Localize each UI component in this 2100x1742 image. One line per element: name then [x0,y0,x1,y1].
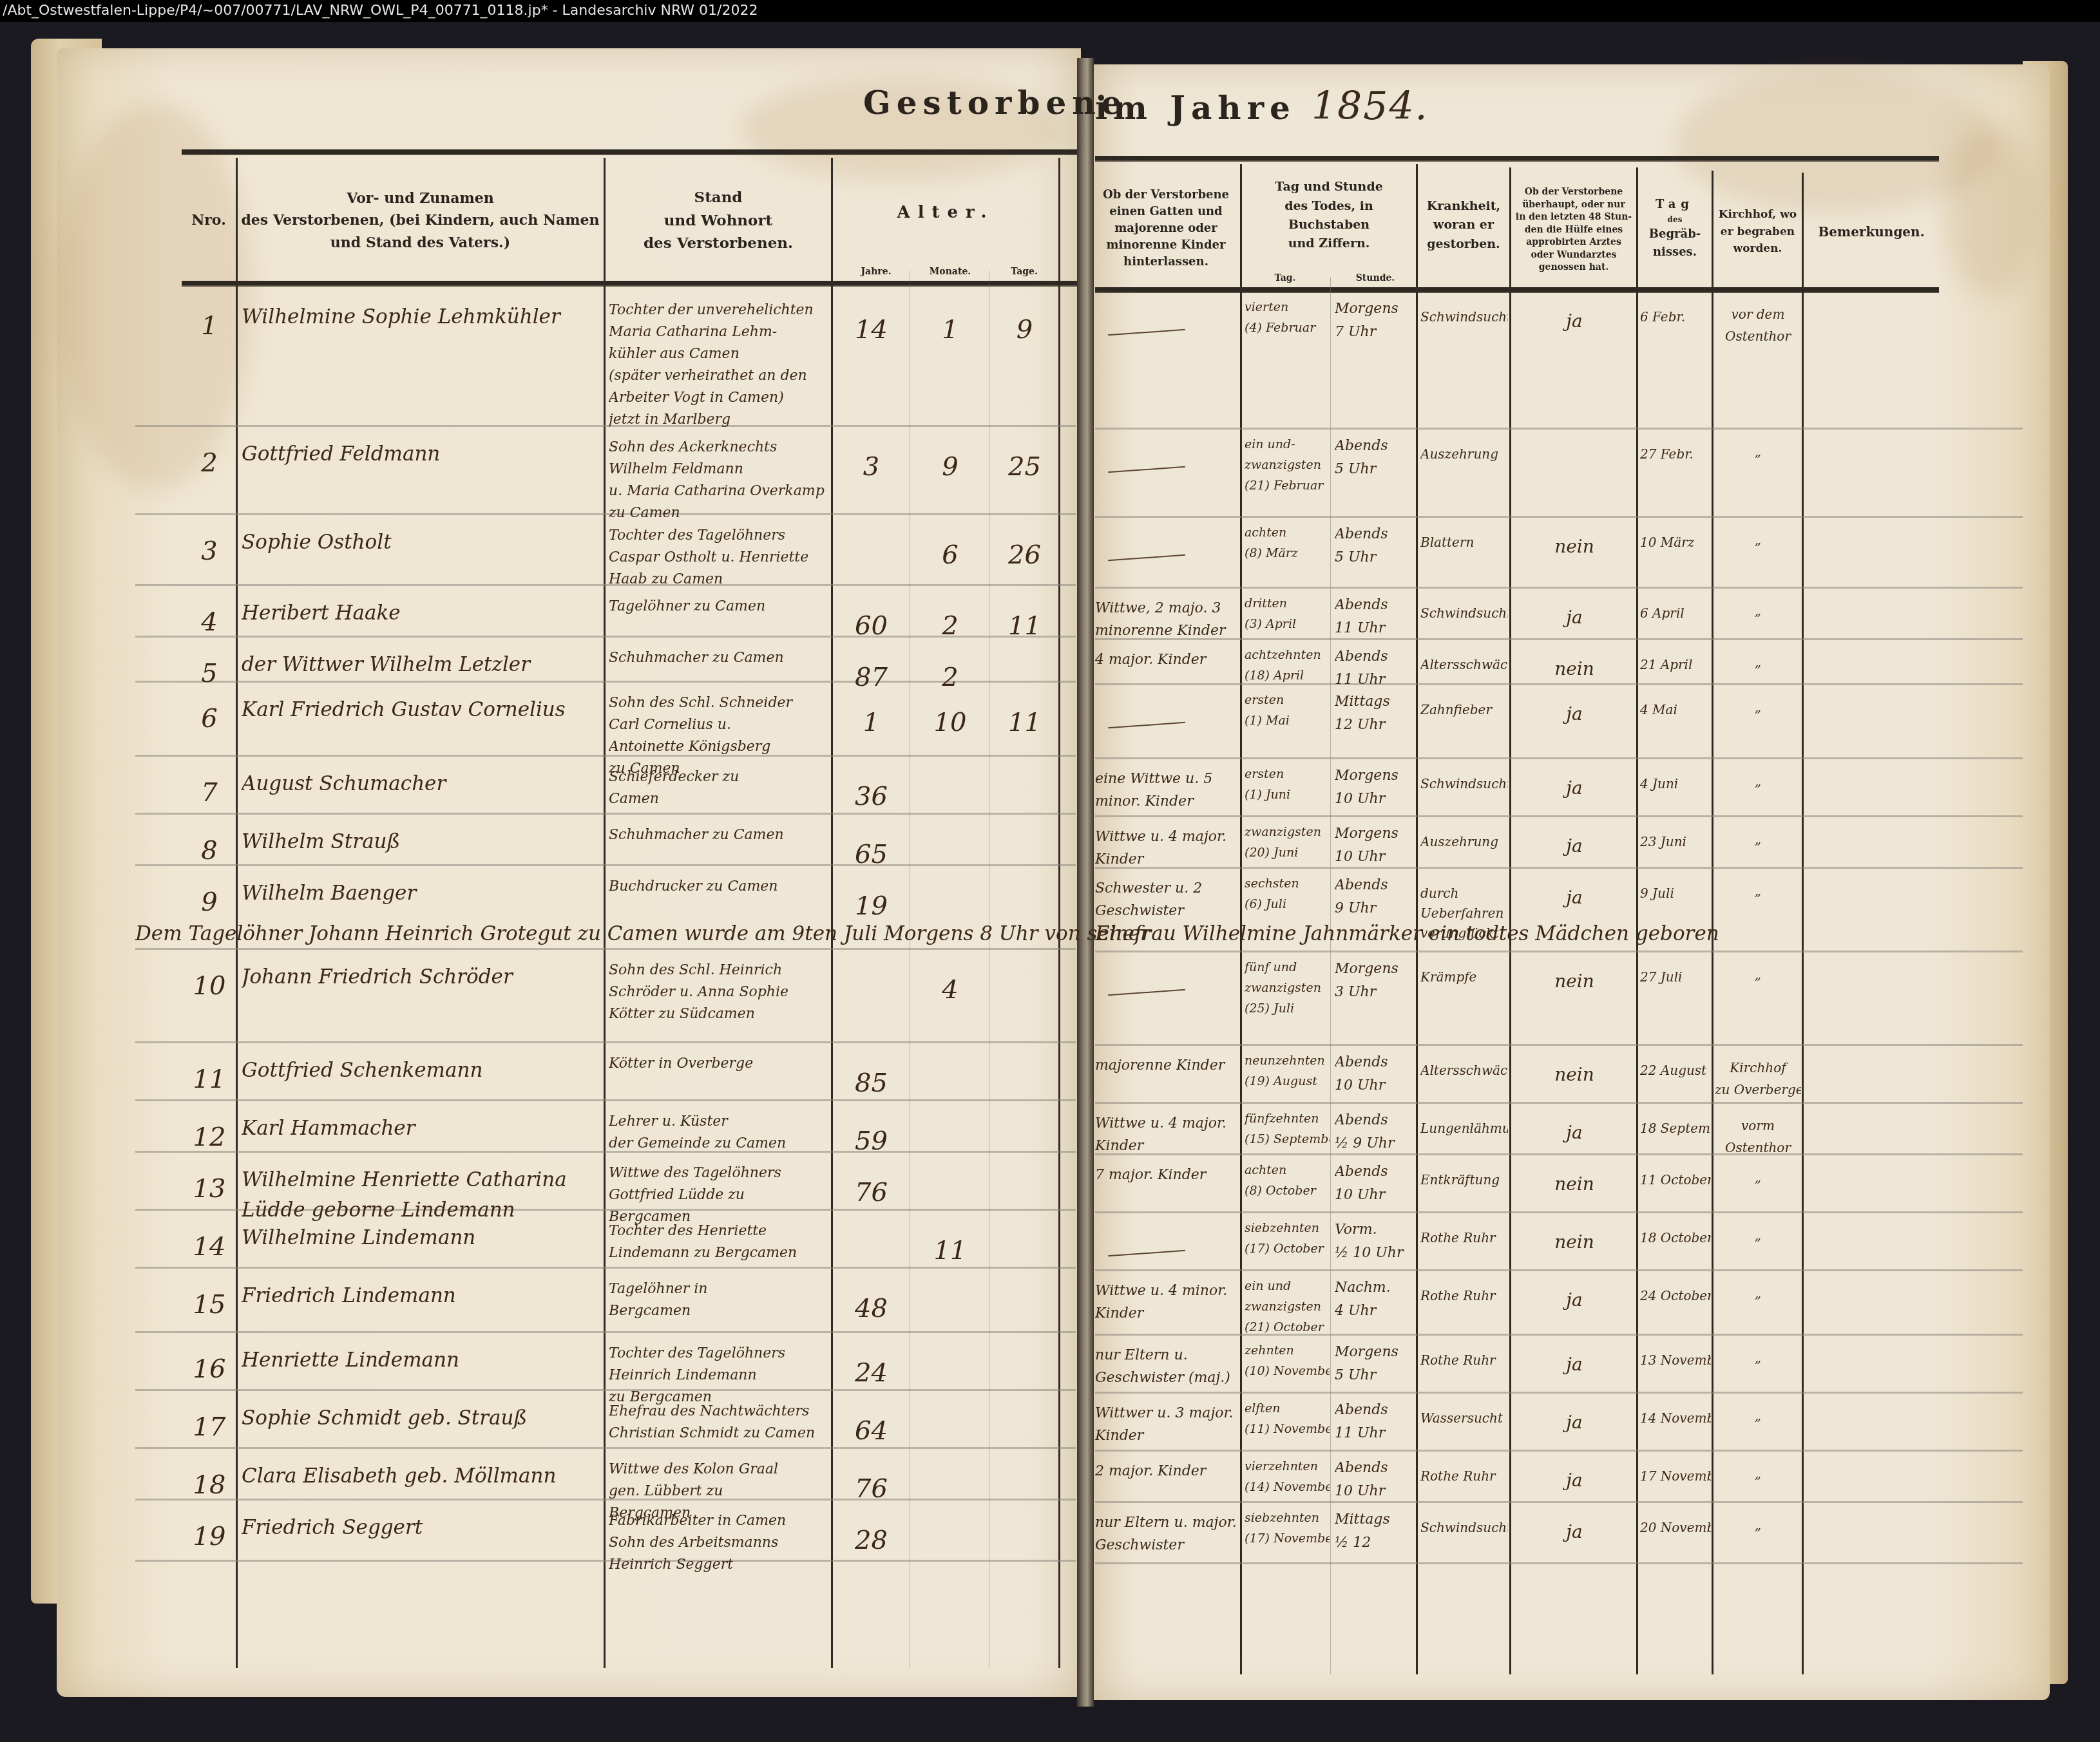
header-line: in den letzten 48 Stun- [1516,211,1632,224]
row-divider [135,1499,1076,1501]
entry-kirchhof-line: „ [1715,965,1801,985]
entry-stand-line: u. Maria Catharina Overkamp [609,480,831,502]
row-divider [135,864,1076,866]
entry-stand-line: Maria Catharina Lehm- [609,321,831,343]
col-divider-thin [910,270,910,1668]
row-divider [1095,1562,2023,1564]
entry-death-day-line: elften [1245,1399,1330,1418]
entry-death-day-line: (6) Juli [1245,895,1330,914]
entry-arzt: ja [1514,1352,1635,1378]
header-alter: Alter. [833,193,1058,232]
row-divider [135,1151,1076,1153]
entry-number: 10 [187,967,232,1005]
row-divider [135,1099,1076,1101]
entry-begraebnis: 18 October [1640,1228,1711,1248]
entry-stand-line: zu Camen [609,502,831,524]
entry-number: 2 [187,444,232,482]
header-line: einen Gatten und [1109,204,1222,220]
col-divider-thin [1330,277,1331,1674]
entry-arzt: ja [1514,1120,1635,1146]
entry-name: Gottfried Schenkemann [242,1056,602,1086]
entry-death-hour-line: 10 Uhr [1335,1075,1415,1097]
entry-stand-line: Tagelöhner in [609,1278,831,1300]
entry-death-hour-line: Mittags [1335,1509,1415,1531]
header-line: Ob der Verstorbene [1525,186,1623,199]
entry-begraebnis: 14 November [1640,1408,1711,1428]
entry-death-day-line: (25) Juli [1245,999,1330,1018]
entry-death-hour-line: 11 Uhr [1335,618,1415,639]
entry-stand-line: Camen [609,788,831,810]
window-title: /Abt_Ostwestfalen-Lippe/P4/~007/00771/LA… [0,0,2100,22]
entry-kirchhof-line: „ [1715,1464,1801,1484]
header-line: den die Hülfe eines [1525,224,1623,237]
entry-name: Clara Elisabeth geb. Möllmann [242,1461,602,1491]
entry-number: 8 [187,832,232,869]
header-nro: Nro. [182,161,236,280]
entry-death-hour-line: Morgens [1335,298,1415,320]
header-line: des [1668,214,1683,226]
entry-begraebnis: 22 August [1640,1061,1711,1081]
entry-krankheit: Schwindsucht [1420,307,1508,327]
entry-stand-line: Haab zu Camen [609,569,831,591]
entry-stand-line: Tochter der unverehelichten [609,299,831,321]
entry-begraebnis: 10 März [1640,533,1711,553]
row-divider [135,1041,1076,1043]
entry-stand-line: Lehrer u. Küster [609,1111,831,1133]
entry-age-months: 2 [912,607,989,645]
entry-death-day-line: (3) April [1245,615,1330,634]
col-divider [236,158,238,1668]
entry-krankheit: Altersschwäche [1420,1061,1508,1081]
entry-hinterlassen: Wittwe u. 4 major. Kinder [1095,1112,1238,1157]
entry-kirchhof-line: „ [1715,442,1801,462]
entry-number: 3 [187,533,232,570]
header-line: woran er [1433,216,1494,234]
entry-krankheit: Lungenlähmung [1420,1119,1508,1139]
row-divider [1095,757,2023,759]
entry-kirchhof-line: „ [1715,829,1801,849]
entry-death-hour-line: 11 Uhr [1335,669,1415,691]
entry-arzt: ja [1514,833,1635,860]
header-name-line: Vor- und Zunamen [347,187,494,209]
row-divider [1095,815,2023,817]
header-begraebnis: Tag des Begräb- nisses. [1638,180,1712,277]
entry-arzt: ja [1514,1468,1635,1494]
entry-name: Wilhelm Strauß [242,827,602,857]
entry-kirchhof-line: Ostenthor [1715,327,1801,346]
row-divider [1095,1450,2023,1452]
header-line: approbirten Arztes [1526,236,1621,249]
entry-age-years: 1 [834,704,908,741]
entry-stand-line: Caspar Ostholt u. Henriette [609,547,831,569]
entry-stand-line: Tochter des Tagelöhners [609,1343,831,1365]
entry-number: 9 [187,884,232,921]
entry-hinterlassen: Schwester u. 2 Geschwister [1095,877,1238,922]
entry-age-years: 60 [834,607,908,645]
entry-death-day-line: zwanzigsten [1245,979,1330,998]
entry-stand-line: Carl Cornelius u. [609,714,831,736]
entry-arzt: nein [1514,656,1635,683]
row-divider [1095,1501,2023,1503]
row-divider [1095,428,2023,430]
entry-death-day-line: zwanzigsten [1245,1298,1330,1316]
entry-number: 6 [187,700,232,737]
entry-age-months: 6 [912,536,989,574]
entry-begraebnis: 4 Mai [1640,700,1711,720]
entry-stand-line: Tochter des Tagelöhners [609,525,831,547]
entry-stand-line: jetzt in Marlberg [609,409,831,431]
entry-death-hour-line: Abends [1335,875,1415,896]
header-alter-tage: Tage. [998,267,1050,277]
entry-age-years: 59 [834,1122,908,1160]
entry-age-months: 11 [912,1232,989,1269]
entry-name: Wilhelmine Lindemann [242,1223,602,1253]
entry-death-day-line: sechsten [1245,875,1330,893]
entry-death-day-line: (20) Juni [1245,844,1330,862]
entry-death-hour-line: 4 Uhr [1335,1300,1415,1322]
entry-death-hour-line: Abends [1335,1110,1415,1131]
entry-death-hour-line: Morgens [1335,765,1415,787]
entry-krankheit: Schwindsucht [1420,603,1508,623]
header-bottom-rule-right [1095,287,1939,293]
entry-begraebnis: 17 November [1640,1466,1711,1486]
row-divider [1095,1334,2023,1336]
header-top-rule-right [1095,156,1939,162]
entry-death-day-line: zehnten [1245,1341,1330,1360]
entry-death-day-line: (8) März [1245,544,1330,563]
entry-death-day-line: (1) Mai [1245,712,1330,730]
row-divider [135,584,1076,586]
entry-kirchhof-line: „ [1715,1406,1801,1426]
header-line: Kirchhof, wo [1719,206,1797,223]
entry-krankheit: Schwindsucht [1420,1518,1508,1538]
entry-name: Wilhelm Baenger [242,878,602,909]
entry-number: 1 [187,307,232,345]
entry-arzt: ja [1514,885,1635,911]
header-arzt: Ob der Verstorbene überhaupt, oder nur i… [1511,174,1636,287]
entry-stand-line: Gottfried Lüdde zu [609,1184,831,1206]
entry-kirchhof-line: „ [1715,1226,1801,1245]
header-line: und Ziffern. [1288,234,1370,253]
entry-stand-line: Tochter des Henriette [609,1220,831,1242]
insert-note-right: Ehefrau Wilhelmine Jahnmärker ein todtes… [1095,922,1719,945]
entry-begraebnis: 24 October [1640,1286,1711,1306]
entry-age-months: 10 [912,704,989,741]
entry-stand-line: Lindemann zu Bergcamen [609,1242,831,1264]
entry-death-day-line: ersten [1245,691,1330,710]
entry-krankheit: Auszehrung [1420,832,1508,852]
entry-death-day-line: achten [1245,524,1330,542]
row-divider [1095,1269,2023,1271]
entry-kirchhof-line: „ [1715,1348,1801,1368]
col-divider [1416,164,1418,1674]
entry-hinterlassen: Wittwe, 2 majo. 3 minorenne Kinder [1095,597,1238,642]
header-name: Vor- und Zunamen des Verstorbenen, (bei … [238,164,602,277]
entry-begraebnis: 13 November [1640,1350,1711,1370]
header-line: Ob der Verstorbene [1103,187,1229,204]
col-divider [831,158,833,1668]
header-tod-tag: Tag. [1263,273,1308,283]
entry-death-hour-line: Vorm. [1335,1219,1415,1241]
entry-death-day-line: ein und [1245,1277,1330,1296]
entry-death-day-line: dritten [1245,594,1330,613]
header-stand: Stand und Wohnort des Verstorbenen. [606,164,831,277]
entry-hinterlassen: Wittwer u. 3 major. Kinder [1095,1402,1238,1447]
entry-number: 16 [187,1350,232,1388]
entry-death-hour-line: Abends [1335,524,1415,545]
water-stain [1945,129,2036,296]
entry-death-hour-line: 12 Uhr [1335,714,1415,736]
entry-death-day-line: (11) November [1245,1420,1330,1439]
entry-begraebnis: 23 Juni [1640,832,1711,852]
entry-death-hour-line: Abends [1335,594,1415,616]
entry-death-day-line: achtzehnten [1245,646,1330,665]
entry-age-years: 64 [834,1412,908,1450]
col-divider [1509,167,1511,1674]
col-divider [1636,167,1638,1674]
header-line: genossen hat. [1539,261,1609,274]
entry-name: Wilhelmine Henriette Catharina Lüdde geb… [242,1165,602,1225]
entry-death-hour-line: 10 Uhr [1335,846,1415,868]
entry-death-day-line: (14) November [1245,1478,1330,1497]
entry-death-day-line: zwanzigsten [1245,456,1330,475]
entry-age-years: 76 [834,1470,908,1508]
entry-arzt: ja [1514,775,1635,802]
entry-death-hour-line: Morgens [1335,823,1415,845]
entry-stand-line: Arbeiter Vogt in Camen) [609,387,831,409]
entry-death-day-line: achten [1245,1161,1330,1180]
entry-begraebnis: 21 April [1640,655,1711,675]
row-divider [135,948,1076,950]
entry-krankheit: Schwindsucht [1420,774,1508,794]
row-divider [135,425,1076,427]
entry-stand-line: Ehefrau des Nachtwächters [609,1401,831,1423]
header-tod: Tag und Stunde des Todes, in Buchstaben … [1242,171,1416,261]
entry-arzt: nein [1514,1171,1635,1198]
entry-kirchhof-line: „ [1715,881,1801,901]
entry-death-day-line: siebzehnten [1245,1509,1330,1528]
entry-age-years: 87 [834,659,908,696]
header-line: Krankheit, [1427,197,1500,216]
entry-age-years: 76 [834,1174,908,1211]
entry-stand-line: Schuhmacher zu Camen [609,824,831,846]
entry-death-day-line: (21) Februar [1245,477,1330,495]
entry-death-day-line: vierzehnten [1245,1457,1330,1476]
entry-stand-line: der Gemeinde zu Camen [609,1133,831,1155]
header-line: Tag und Stunde [1275,178,1383,196]
entry-age-days: 11 [991,704,1058,741]
entry-kirchhof-line: „ [1715,652,1801,672]
row-divider [135,1389,1076,1391]
register-heading-right: im Jahre1854. [1095,84,1429,129]
row-divider [1095,1102,2023,1104]
entry-death-day-line: ersten [1245,765,1330,784]
entry-stand-line: Fabrikarbeiter in Camen [609,1510,831,1532]
row-divider [135,755,1076,757]
entry-age-days: 26 [991,536,1058,574]
entry-number: 15 [187,1286,232,1323]
entry-krankheit: Rothe Ruhr [1420,1466,1508,1486]
entry-name: August Schumacher [242,769,602,799]
entry-death-day-line: (4) Februar [1245,319,1330,337]
entry-death-day-line: (19) August [1245,1072,1330,1091]
header-line: gestorben. [1427,235,1500,254]
header-line: oder Wundarztes [1531,249,1616,262]
row-divider [1095,951,2023,952]
entry-stand-line: Wittwe des Kolon Graal [609,1459,831,1481]
entry-age-years: 36 [834,778,908,815]
entry-number: 19 [187,1518,232,1555]
entry-age-years: 65 [834,836,908,873]
entry-stand-line: Sohn des Arbeitsmanns [609,1532,831,1554]
entry-hinterlassen: majorenne Kinder [1095,1054,1238,1077]
entry-stand-line: Wittwe des Tagelöhners [609,1162,831,1184]
entry-stand-line: kühler aus Camen [609,343,831,365]
row-divider [1095,683,2023,685]
entry-kirchhof-line: „ [1715,1515,1801,1535]
header-line: überhaupt, oder nur [1522,199,1625,212]
entry-age-days: 25 [991,448,1058,486]
header-bemerkungen: Bemerkungen. [1804,213,1939,251]
entry-age-months: 1 [912,311,989,348]
header-alter-monate: Monate. [921,267,979,277]
entry-death-day-line: zwanzigsten [1245,823,1330,842]
entry-stand-line: Bergcamen [609,1300,831,1322]
entry-arzt: ja [1514,1519,1635,1546]
col-divider [1058,158,1060,1668]
entry-death-day-line: vierten [1245,298,1330,317]
entry-arzt: nein [1514,1062,1635,1088]
entry-number: 4 [187,603,232,641]
entry-name: Karl Hammacher [242,1113,602,1144]
entry-death-hour-line: Nachm. [1335,1277,1415,1299]
entry-name: Gottfried Feldmann [242,439,602,469]
entry-hinterlassen: 4 major. Kinder [1095,649,1238,671]
header-alter-jahre: Jahre. [850,267,902,277]
entry-arzt: ja [1514,605,1635,631]
entry-kirchhof-line: Ostenthor [1715,1138,1801,1158]
entry-death-hour-line: 5 Uhr [1335,547,1415,569]
entry-death-hour-line: Abends [1335,646,1415,668]
entry-name: Henriette Lindemann [242,1345,602,1376]
row-divider [1095,516,2023,518]
entry-stand-line: Kötter zu Südcamen [609,1003,831,1025]
entry-death-hour-line: 9 Uhr [1335,898,1415,920]
entry-death-day-line: ein und- [1245,435,1330,454]
entry-kirchhof-line: „ [1715,601,1801,621]
entry-death-hour-line: 11 Uhr [1335,1423,1415,1444]
entry-stand-line: Heinrich Seggert [609,1554,831,1576]
entry-number: 18 [187,1466,232,1504]
entry-krankheit: Rothe Ruhr [1420,1286,1508,1306]
entry-stand-line: (später verheirathet an den [609,365,831,387]
entry-age-days: 9 [991,311,1058,348]
entry-death-hour-line: Morgens [1335,1341,1415,1363]
entry-krankheit: Rothe Ruhr [1420,1228,1508,1248]
entry-age-months: 4 [912,971,989,1008]
book-spine [1077,58,1094,1707]
entry-age-years: 24 [834,1354,908,1392]
entry-number: 14 [187,1228,232,1265]
entry-number: 11 [187,1061,232,1098]
entry-name: Friedrich Seggert [242,1513,602,1543]
entry-age-years: 28 [834,1522,908,1559]
entry-name: Friedrich Lindemann [242,1281,602,1311]
row-divider [1095,1044,2023,1046]
entry-death-day-line: neunzehnten [1245,1052,1330,1070]
header-kirchhof: Kirchhof, wo er begraben worden. [1713,184,1802,280]
header-tod-stunde: Stunde. [1346,273,1404,283]
entry-hinterlassen: 2 major. Kinder [1095,1460,1238,1482]
header-name-line: des Verstorbenen, (bei Kindern, auch Nam… [241,209,599,231]
entry-begraebnis: 11 October [1640,1170,1711,1190]
entry-death-hour-line: Morgens [1335,958,1415,980]
header-line: majorenne oder [1114,220,1217,237]
entry-krankheit: Rothe Ruhr [1420,1350,1508,1370]
header-stand-line: Stand [694,186,743,209]
entry-death-day-line: (10) November [1245,1362,1330,1381]
entry-krankheit: Entkräftung [1420,1170,1508,1190]
header-line: des Todes, in Buchstaben [1242,197,1416,235]
entry-death-day-line: (21) October [1245,1318,1330,1337]
entry-death-hour-line: ½ 9 Uhr [1335,1133,1415,1155]
header-name-line: und Stand des Vaters.) [330,232,510,254]
entry-stand-line: Christian Schmidt zu Camen [609,1423,831,1444]
entry-arzt: ja [1514,1287,1635,1314]
entry-kirchhof-line: vor dem [1715,305,1801,325]
entry-hinterlassen: Wittwe u. 4 minor. Kinder [1095,1280,1238,1325]
header-line: Begräb- [1649,225,1701,243]
entry-stand-line: Heinrich Lindemann [609,1365,831,1387]
header-line: worden. [1733,240,1782,257]
row-divider [135,1331,1076,1333]
header-line: Tag [1656,196,1694,214]
entry-arzt: nein [1514,1229,1635,1256]
entry-death-day-line: (17) October [1245,1240,1330,1258]
row-divider [1095,1392,2023,1394]
row-divider [135,1447,1076,1449]
entry-stand-line: Sohn des Schl. Heinrich [609,960,831,981]
header-line: er begraben [1721,223,1795,240]
entry-name: Wilhelmine Sophie Lehmkühler [242,302,602,332]
entry-stand-line: Sohn des Schl. Schneider [609,692,831,714]
header-line: nisses. [1653,243,1697,261]
entry-hinterlassen: nur Eltern u. major. Geschwister [1095,1511,1238,1557]
entry-death-day-line: (8) October [1245,1182,1330,1200]
entry-stand-line: Wilhelm Feldmann [609,459,831,480]
entry-number: 5 [187,655,232,692]
entry-stand-line: Sohn des Ackerknechts [609,437,831,459]
entry-krankheit: Wassersucht [1420,1408,1508,1428]
col-divider-thin [989,270,989,1668]
entry-number: 13 [187,1170,232,1207]
entry-kirchhof-line: „ [1715,530,1801,550]
entry-death-day-line: (15) September [1245,1130,1330,1149]
entry-begraebnis: 6 April [1640,603,1711,623]
entry-kirchhof-line: „ [1715,1168,1801,1188]
entry-hinterlassen: 7 major. Kinder [1095,1164,1238,1186]
entry-stand-line: Kötter in Overberge [609,1053,831,1075]
entry-death-day-line: fünf und [1245,958,1330,977]
entry-death-hour-line: 5 Uhr [1335,459,1415,480]
entry-death-hour-line: Abends [1335,1161,1415,1183]
entry-death-hour-line: 5 Uhr [1335,1365,1415,1387]
header-hinterlassen: Ob der Verstorbene einen Gatten und majo… [1092,171,1240,287]
entry-death-hour-line: Abends [1335,435,1415,457]
entry-death-day-line: (18) April [1245,667,1330,685]
entry-death-day-line: (17) November [1245,1529,1330,1548]
entry-krankheit: Krämpfe [1420,967,1508,987]
